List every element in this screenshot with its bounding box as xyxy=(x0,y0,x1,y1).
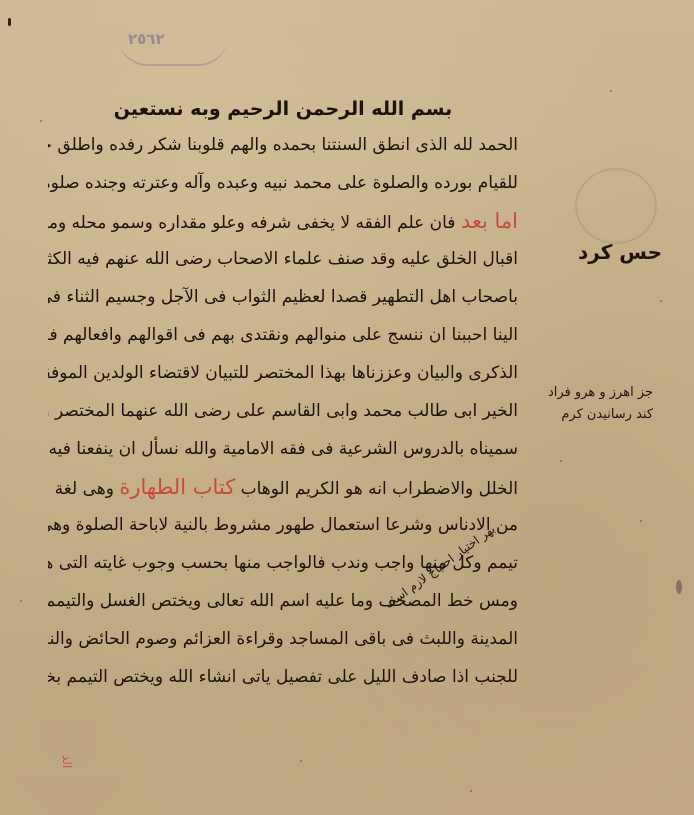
text-line: الحمد لله الذی انطق السنتنا بحمده والهم … xyxy=(48,126,518,164)
text-line: باصحاب اهل التطهیر قصدا لعظیم الثواب فی … xyxy=(48,278,518,316)
text-line: من الادناس وشرعا استعمال طهور مشروط بالن… xyxy=(48,506,518,544)
margin-note-line: جز اهرز و هرو فراد xyxy=(548,382,653,404)
library-stamp-number: ٢٥٦٢ xyxy=(128,30,165,48)
line-text: الخلل والاضطراب انه هو الکریم الوهاب xyxy=(241,479,518,499)
text-line: ومس خط المصحف وما علیه اسم الله تعالی وی… xyxy=(48,582,518,620)
line-text: الحمد لله الذی انطق السنتنا بحمده والهم … xyxy=(48,135,518,155)
text-line: الخیر ابی طالب محمد وابی القاسم علی رضی … xyxy=(48,392,518,430)
line-text: سمیناه بالدروس الشرعیة فی فقه الامامیة و… xyxy=(48,439,518,459)
margin-note-line: کند رسانیدن کرم xyxy=(548,404,653,426)
text-line: المدینة واللبث فی باقی المساجد وقراءة ال… xyxy=(48,620,518,658)
line-text: الینا احببنا ان ننسج علی منوالهم ونقتدی … xyxy=(48,325,518,345)
paper-speck xyxy=(610,90,612,92)
text-line: اقبال الخلق علیه وقد صنف علماء الاصحاب ر… xyxy=(48,240,518,278)
line-text: من الادناس وشرعا استعمال طهور مشروط بالن… xyxy=(48,515,518,535)
line-text: المدینة واللبث فی باقی المساجد وقراءة ال… xyxy=(48,629,518,649)
text-line: سمیناه بالدروس الشرعیة فی فقه الامامیة و… xyxy=(48,430,518,468)
line-text: فان علم الفقه لا یخفی شرفه وعلو مقداره و… xyxy=(48,213,455,233)
margin-note-middle-right: جز اهرز و هرو فراد کند رسانیدن کرم xyxy=(548,382,653,426)
text-line: الینا احببنا ان ننسج علی منوالهم ونقتدی … xyxy=(48,316,518,354)
line-text: اقبال الخلق علیه وقد صنف علماء الاصحاب ر… xyxy=(48,249,518,269)
ink-blot xyxy=(676,580,682,594)
margin-note-top-right: حس کرد xyxy=(578,240,662,264)
manuscript-page: ٢٥٦٢ بسم الله الرحمن الرحیم وبه نستعین ا… xyxy=(0,0,694,815)
rubric-amma-bad: اما بعد xyxy=(461,209,518,233)
text-line: الخلل والاضطراب انه هو الکریم الوهاب کتا… xyxy=(48,468,518,506)
line-text: باصحاب اهل التطهیر قصدا لعظیم الثواب فی … xyxy=(48,287,518,307)
line-text: الخیر ابی طالب محمد وابی القاسم علی رضی … xyxy=(48,401,518,421)
paper-speck xyxy=(560,460,562,462)
line-text: للجنب اذا صادف اللیل علی تفصیل یاتی انشا… xyxy=(48,667,518,687)
paper-speck xyxy=(660,300,662,302)
paper-speck xyxy=(470,790,472,792)
text-line: الذکری والبیان وعززناها بهذا المختصر للت… xyxy=(48,354,518,392)
line-text: وهی لغة النزاهة xyxy=(48,479,114,499)
rubric-kitab-al-tahara: کتاب الطهارة xyxy=(119,475,235,499)
paper-speck xyxy=(640,520,642,522)
line-text: للقیام بورده والصلوة علی محمد نبیه وعبده… xyxy=(48,173,518,193)
ink-mark xyxy=(8,18,11,26)
line-text: ومس خط المصحف وما علیه اسم الله تعالی وی… xyxy=(48,591,518,611)
main-text-block: بسم الله الرحمن الرحیم وبه نستعین الحمد … xyxy=(48,92,518,696)
text-line: للجنب اذا صادف اللیل علی تفصیل یاتی انشا… xyxy=(48,658,518,696)
text-line: اما بعد فان علم الفقه لا یخفی شرفه وعلو … xyxy=(48,202,518,240)
margin-note-bottom-red: الذ xyxy=(60,755,74,768)
bismillah-heading: بسم الله الرحمن الرحیم وبه نستعین xyxy=(48,92,518,126)
paper-speck xyxy=(300,760,302,762)
text-line: للقیام بورده والصلوة علی محمد نبیه وعبده… xyxy=(48,164,518,202)
paper-speck xyxy=(20,600,22,602)
line-text: الذکری والبیان وعززناها بهذا المختصر للت… xyxy=(48,363,518,383)
paper-speck xyxy=(40,120,42,122)
faded-seal xyxy=(575,168,657,244)
